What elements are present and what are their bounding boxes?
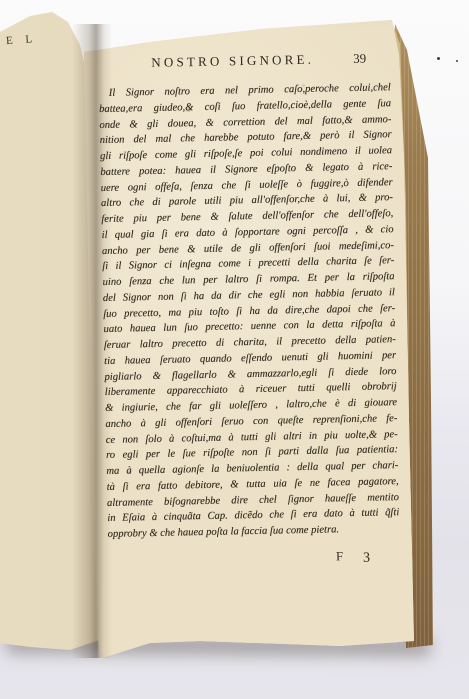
body-text: Il Signor noſtro era nel primo caſo,pero… [99, 80, 400, 543]
speck [456, 60, 458, 62]
page-content: NOSTRO SIGNORE. 39 Il Signor noſtro era … [98, 50, 400, 543]
left-running-header: E L [6, 33, 38, 47]
signature-mark: F3 [336, 549, 370, 566]
signature-numeral: 3 [363, 551, 370, 567]
signature-letter: F [336, 549, 343, 563]
speck [437, 57, 440, 60]
book-photo: E L ro: onde non acc-a guancia , che gia… [0, 0, 469, 699]
page-header-title: NOSTRO SIGNORE. [151, 52, 314, 71]
running-header: NOSTRO SIGNORE. 39 [98, 50, 390, 80]
page-number: 39 [353, 51, 366, 67]
